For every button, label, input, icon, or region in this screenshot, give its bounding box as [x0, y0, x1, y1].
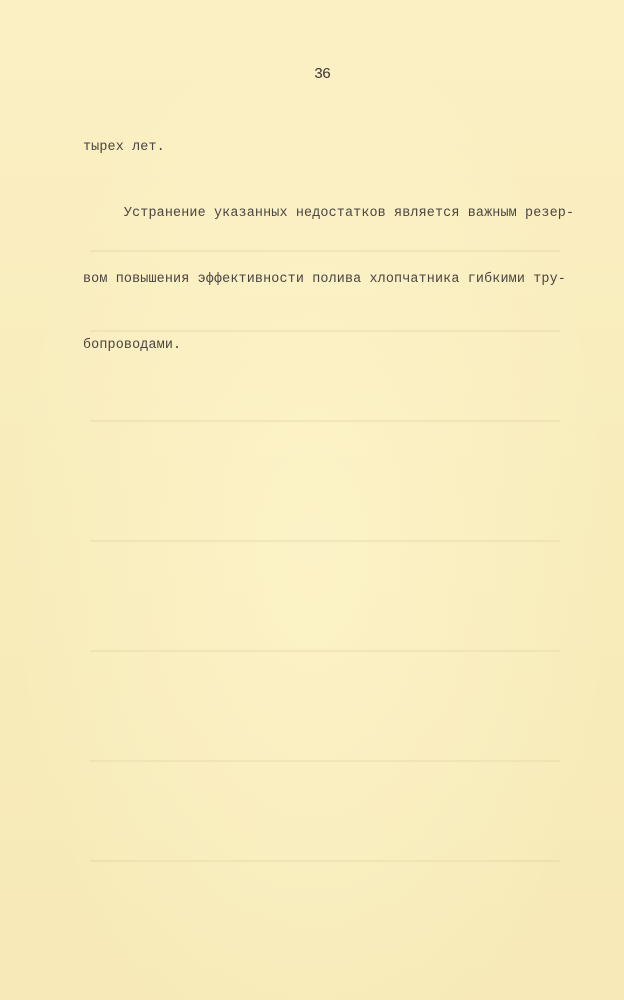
bleed-through-mark: [90, 860, 560, 862]
text-line: тырех лет.: [83, 137, 583, 159]
document-page: 36 тырех лет. Устранение указанных недос…: [0, 0, 624, 1000]
body-text: тырех лет. Устранение указанных недостат…: [83, 93, 583, 401]
bleed-through-mark: [90, 540, 560, 542]
text-line: вом повышения эффективности полива хлопч…: [83, 269, 583, 291]
page-number: 36: [314, 66, 330, 83]
bleed-through-mark: [90, 650, 560, 652]
text-line: Устранение указанных недостатков являетс…: [83, 203, 583, 225]
bleed-through-mark: [90, 420, 560, 422]
bleed-through-mark: [90, 760, 560, 762]
text-line: бопроводами.: [83, 335, 583, 357]
